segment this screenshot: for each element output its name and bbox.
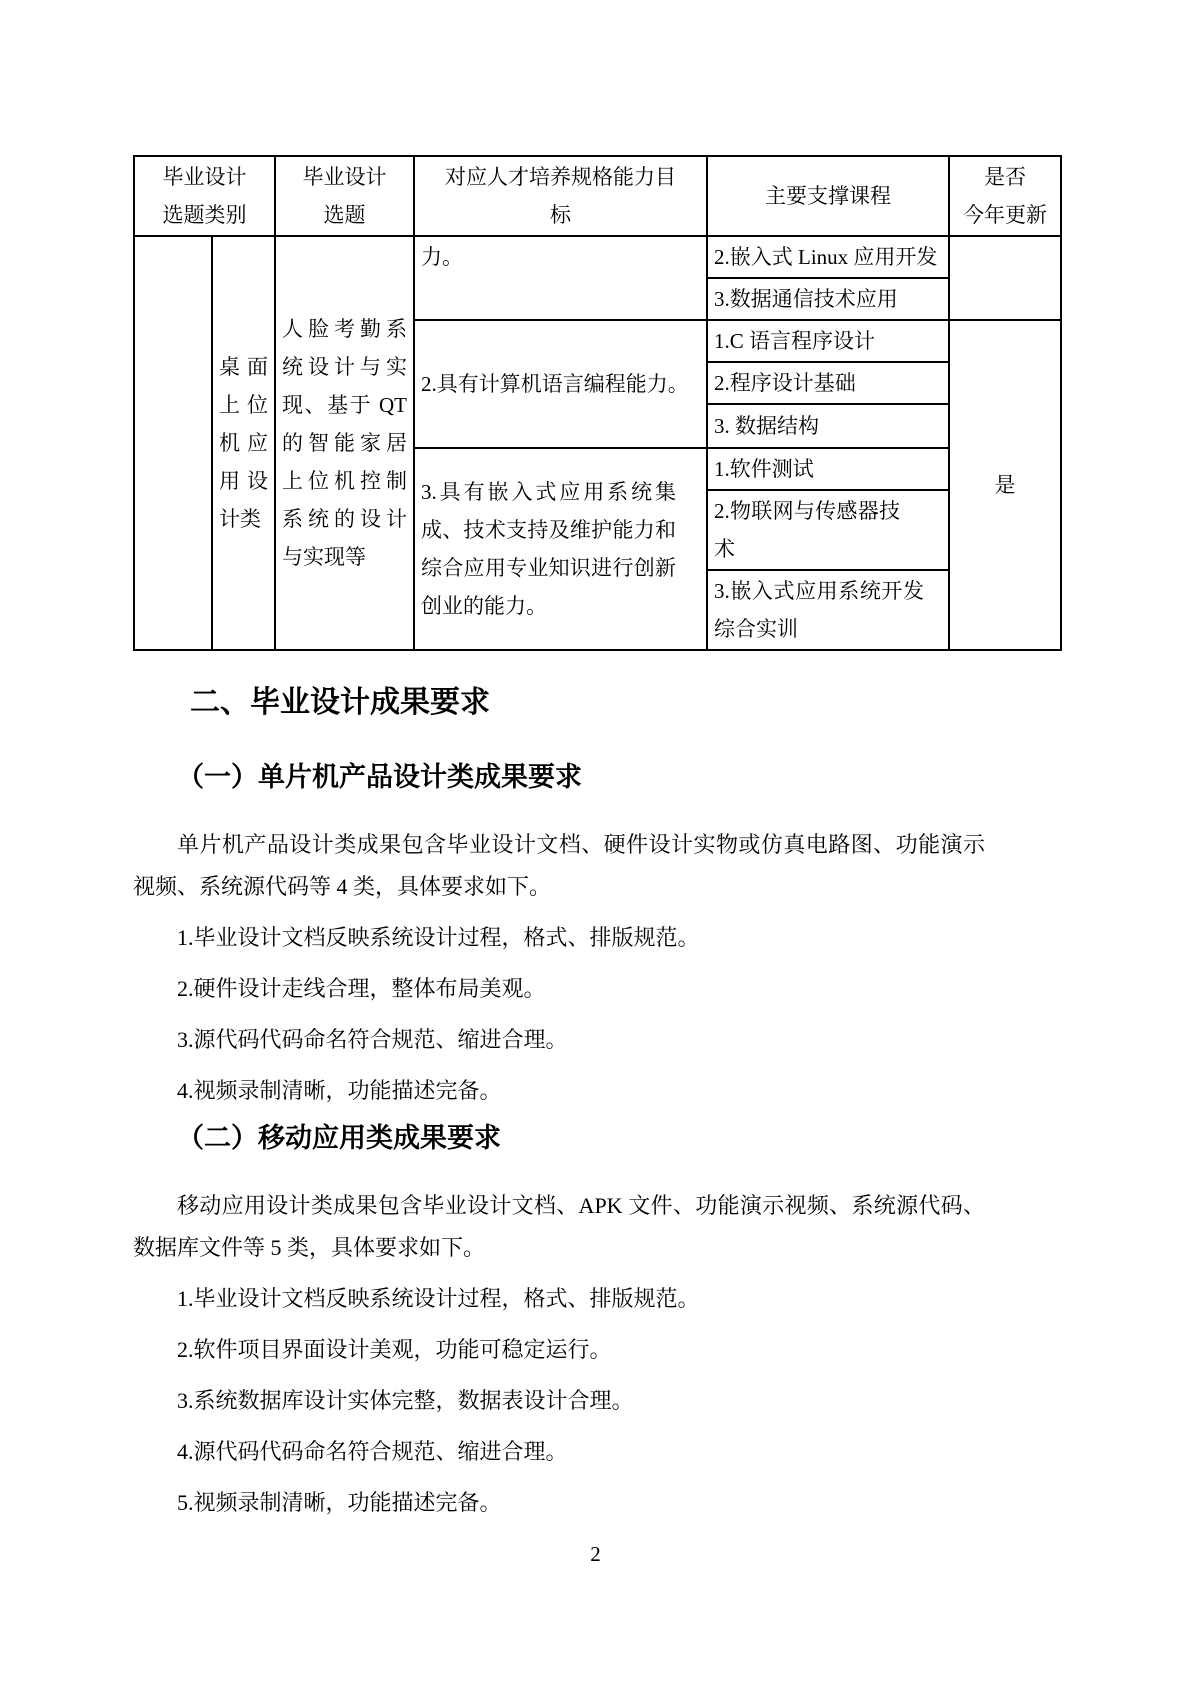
cell-course: 2.程序设计基础 xyxy=(707,362,949,404)
cell-ability-2: 2.具有计算机语言编程能力。 xyxy=(414,320,707,448)
header-topic: 毕业设计 选题 xyxy=(275,156,414,236)
list-item: 2.软件项目界面设计美观，功能可稳定运行。 xyxy=(133,1329,1029,1371)
header-category: 毕业设计 选题类别 xyxy=(134,156,275,236)
cell-course: 1.C 语言程序设计 xyxy=(707,320,949,362)
cell-course: 3. 数据结构 xyxy=(707,404,949,448)
page-number: 2 xyxy=(0,1542,1191,1567)
cell-course: 1.软件测试 xyxy=(707,448,949,490)
cell-course: 2.物联网与传感器技术 xyxy=(707,490,949,570)
list-item: 1.毕业设计文档反映系统设计过程，格式、排版规范。 xyxy=(133,917,1029,959)
subsection-heading-2: （二）移动应用类成果要求 xyxy=(177,1121,1060,1155)
cell-ability-3: 3.具有嵌入式应用系统集成、技术支持及维护能力和综合应用专业知识进行创新创业的能… xyxy=(414,448,707,650)
header-courses: 主要支撑课程 xyxy=(707,156,949,236)
header-ability: 对应人才培养规格能力目 标 xyxy=(414,156,707,236)
list-item: 2.硬件设计走线合理，整体布局美观。 xyxy=(133,968,1029,1010)
section-heading-2: 二、毕业设计成果要求 xyxy=(190,686,1060,720)
cell-course: 3.数据通信技术应用 xyxy=(707,278,949,320)
header-updated: 是否 今年更新 xyxy=(949,156,1061,236)
subsection-heading-1: （一）单片机产品设计类成果要求 xyxy=(177,760,1060,794)
cell-ability-1: 力。 xyxy=(414,236,707,320)
list-item: 3.源代码代码命名符合规范、缩进合理。 xyxy=(133,1019,1029,1061)
document-content: 毕业设计 选题类别 毕业设计 选题 对应人才培养规格能力目 标 主要支撑课程 是… xyxy=(0,155,1191,1524)
cell-course: 3.嵌入式应用系统开发综合实训 xyxy=(707,570,949,650)
list-item: 5.视频录制清晰，功能描述完备。 xyxy=(133,1482,1029,1524)
list-item: 3.系统数据库设计实体完整，数据表设计合理。 xyxy=(133,1380,1029,1422)
cell-topic: 人脸考勤系统设计与实现、基于 QT 的智能家居上位机控制系统的设计与实现等 xyxy=(275,236,414,650)
cell-updated: 是 xyxy=(949,320,1061,650)
subsection-2-intro: 移动应用设计类成果包含毕业设计文档、APK 文件、功能演示视频、系统源代码、数据… xyxy=(133,1185,985,1269)
subsection-1-intro: 单片机产品设计类成果包含毕业设计文档、硬件设计实物或仿真电路图、功能演示视频、系… xyxy=(133,824,985,908)
table-row: 桌面上位机应用设计类 人脸考勤系统设计与实现、基于 QT 的智能家居上位机控制系… xyxy=(134,236,1061,278)
list-item: 4.源代码代码命名符合规范、缩进合理。 xyxy=(133,1431,1029,1473)
list-item: 1.毕业设计文档反映系统设计过程，格式、排版规范。 xyxy=(133,1278,1029,1320)
cell-course: 2.嵌入式 Linux 应用开发 xyxy=(707,236,949,278)
cell-category-blank xyxy=(134,236,212,650)
cell-updated-blank xyxy=(949,236,1061,320)
list-item: 4.视频录制清晰，功能描述完备。 xyxy=(133,1070,1029,1112)
cell-category: 桌面上位机应用设计类 xyxy=(212,236,275,650)
document-page: 毕业设计 选题类别 毕业设计 选题 对应人才培养规格能力目 标 主要支撑课程 是… xyxy=(0,0,1191,1684)
topics-table: 毕业设计 选题类别 毕业设计 选题 对应人才培养规格能力目 标 主要支撑课程 是… xyxy=(133,155,1062,651)
table-header-row: 毕业设计 选题类别 毕业设计 选题 对应人才培养规格能力目 标 主要支撑课程 是… xyxy=(134,156,1061,236)
